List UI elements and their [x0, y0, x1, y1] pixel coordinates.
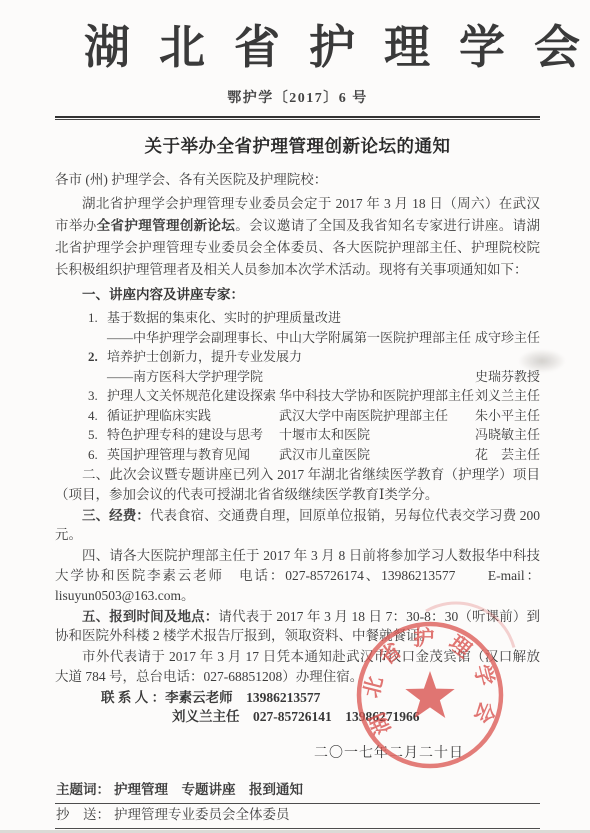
section-3-paragraph: 三、经费：代表食宿、交通费自理，回原单位报销，另每位代表交学习费 200 元。 — [55, 506, 540, 546]
intro-paragraph: 湖北省护理学会护理管理专业委员会定于 2017 年 3 月 18 日（周六）在武… — [55, 193, 540, 281]
lecture-topic: 特色护理专科的建设与思考 — [107, 425, 279, 445]
lecture-number: 4. — [88, 406, 107, 426]
lecture-affiliation: 华中科技大学协和医院护理部主任 — [279, 386, 475, 406]
pencil-smudge — [518, 349, 566, 373]
section-4-paragraph: 四、请各大医院护理部主任于 2017 年 3 月 8 日前将参加学习人数报华中科… — [55, 546, 540, 605]
notice-title: 关于举办全省护理管理创新论坛的通知 — [55, 133, 540, 158]
lecture-number: 2. — [88, 347, 107, 367]
lecture-item-3: 3. 护理人文关怀规范化建设探索 华中科技大学协和医院护理部主任 刘义兰主任 — [88, 386, 540, 406]
keywords-line: 主题词：护理管理 专题讲座 报到通知 — [55, 779, 540, 804]
keywords-value: 护理管理 专题讲座 报到通知 — [114, 782, 303, 797]
section-3-lead: 三、经费： — [82, 508, 150, 523]
scanned-notice-page: 湖北省护理学会 鄂护学〔2017〕6 号 关于举办全省护理管理创新论坛的通知 各… — [0, 0, 590, 833]
lecture-affiliation: ——中华护理学会副理事长、中山大学附属第一医院护理部主任 — [107, 328, 475, 348]
lecture-item-2: 2. 培养护士创新力，提升专业发展力 ——南方医科大学护理学院 史瑞芬教授 — [88, 347, 540, 386]
lecture-number: 3. — [88, 386, 107, 406]
keywords-label: 主题词： — [56, 782, 110, 797]
lecture-speaker: 成守珍主任 — [475, 328, 540, 348]
section-5-lead: 五、报到时间及地点： — [82, 609, 218, 624]
lecture-topic: 护理人文关怀规范化建设探索 — [107, 386, 279, 406]
header-divider — [55, 116, 540, 120]
cc-line: 抄 送：护理管理专业委员会全体委员 — [55, 804, 540, 829]
lecture-topic: 基于数据的集束化、实时的护理质量改进 — [107, 308, 341, 328]
issue-date: 二〇一七年二月二十日 — [55, 742, 540, 762]
lecture-topic: 循证护理临床实践 — [107, 406, 279, 426]
lecture-topic: 英国护理管理与教育见闻 — [107, 445, 279, 465]
section-2-paragraph: 二、此次会议暨专题讲座已列入 2017 年湖北省继续医学教育（护理学）项目（项目… — [55, 465, 540, 505]
intro-text-bold: 全省护理管理创新论坛 — [97, 218, 236, 233]
section-5-paragraph: 五、报到时间及地点：请代表于 2017 年 3 月 18 日 7：30-8：30… — [55, 607, 540, 647]
cc-value: 护理管理专业委员会全体委员 — [114, 807, 290, 822]
lecture-speaker: 刘义兰主任 — [475, 386, 540, 406]
lecture-list: 1. 基于数据的集束化、实时的护理质量改进 ——中华护理学会副理事长、中山大学附… — [88, 308, 540, 464]
cc-label: 抄 送： — [56, 807, 110, 822]
document-number: 鄂护学〔2017〕6 号 — [55, 87, 540, 107]
lecture-speaker: 冯晓敏主任 — [475, 425, 540, 445]
lecture-affiliation: 十堰市太和医院 — [279, 425, 475, 445]
salutation: 各市 (州) 护理学会、各有关医院及护理院校： — [55, 169, 540, 190]
contact-line-1: 联 系 人 ：李素云老师 13986213577 — [101, 688, 540, 708]
lecture-item-1: 1. 基于数据的集束化、实时的护理质量改进 ——中华护理学会副理事长、中山大学附… — [88, 308, 540, 347]
contact-person-1: 李素云老师 13986213577 — [165, 690, 320, 705]
lecture-item-5: 5. 特色护理专科的建设与思考 十堰市太和医院 冯晓敏主任 — [88, 425, 540, 445]
contact-label: 联 系 人 ： — [101, 690, 165, 705]
hotel-paragraph: 市外代表请于 2017 年 3 月 17 日凭本通知赴武汉市汉口金茂宾馆（汉口解… — [55, 647, 540, 687]
section-1-heading: 一、讲座内容及讲座专家： — [55, 284, 540, 306]
contact-block: 联 系 人 ：李素云老师 13986213577 刘义兰主任 027-85726… — [101, 688, 540, 727]
lecture-item-6: 6. 英国护理管理与教育见闻 武汉市儿童医院 花 芸主任 — [88, 445, 540, 465]
lecture-affiliation: 武汉大学中南医院护理部主任 — [279, 406, 475, 426]
lecture-speaker: 朱小平主任 — [475, 406, 540, 426]
lecture-number: 5. — [88, 425, 107, 445]
footer-block: 主题词：护理管理 专题讲座 报到通知 抄 送：护理管理专业委员会全体委员 — [55, 779, 540, 829]
lecture-speaker: 花 芸主任 — [475, 445, 540, 465]
lecture-topic: 培养护士创新力，提升专业发展力 — [107, 347, 302, 367]
organization-title: 湖北省护理学会 — [55, 22, 540, 72]
lecture-affiliation: 武汉市儿童医院 — [279, 445, 475, 465]
lecture-number: 1. — [88, 308, 107, 328]
contact-line-2: 刘义兰主任 027-85726141 13986271966 — [101, 707, 540, 727]
lecture-number: 6. — [88, 445, 107, 465]
lecture-affiliation: ——南方医科大学护理学院 — [107, 367, 475, 387]
lecture-item-4: 4. 循证护理临床实践 武汉大学中南医院护理部主任 朱小平主任 — [88, 406, 540, 426]
